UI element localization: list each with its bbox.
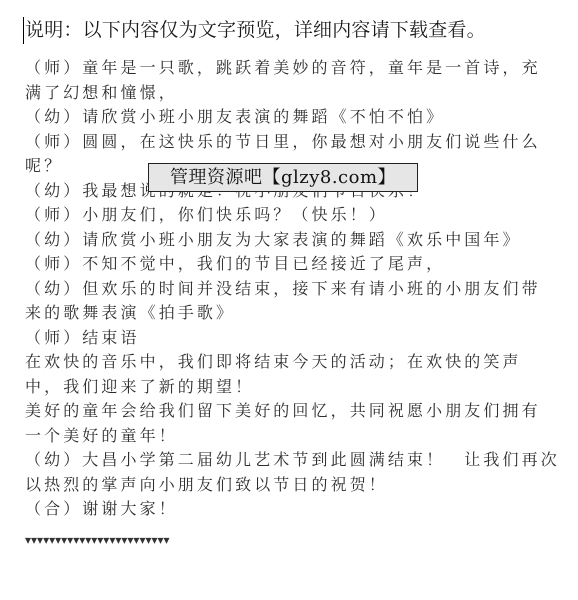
text-line: 中，我们迎来了新的期望！ xyxy=(25,375,565,400)
text-line: （幼）请欣赏小班小朋友为大家表演的舞蹈《欢乐中国年》 xyxy=(25,228,565,253)
text-line: （合）谢谢大家！ xyxy=(25,497,565,522)
text-line: （幼）大昌小学第二届幼儿艺术节到此圆满结束！ 让我们再次 xyxy=(25,448,565,473)
text-line: （师）结束语 xyxy=(25,326,565,351)
text-line: （幼）请欣赏小班小朋友表演的舞蹈《不怕不怕》 xyxy=(25,105,565,130)
text-line: （师）童年是一只歌，跳跃着美妙的音符，童年是一首诗，充 xyxy=(25,56,565,81)
text-line: （师）圆圆，在这快乐的节日里，你最想对小朋友们说些什么 xyxy=(25,130,565,155)
text-line: 以热烈的掌声向小朋友们致以节日的祝贺！ xyxy=(25,473,565,498)
ellipsis-dots: ▾▾▾▾▾▾▾▾▾▾▾▾▾▾▾▾▾▾▾▾▾▾▾▾ xyxy=(25,533,170,547)
text-line: 美好的童年会给我们留下美好的回忆，共同祝愿小朋友们拥有 xyxy=(25,399,565,424)
text-line: （幼）但欢乐的时间并没结束，接下来有请小班的小朋友们带 xyxy=(25,277,565,302)
text-line: （师）不知不觉中，我们的节目已经接近了尾声， xyxy=(25,252,565,277)
text-line: 在欢快的音乐中，我们即将结束今天的活动；在欢快的笑声 xyxy=(25,350,565,375)
text-line: 一个美好的童年！ xyxy=(25,424,565,449)
text-line: 满了幻想和憧憬， xyxy=(25,81,565,106)
text-line: （师）小朋友们，你们快乐吗？（快乐！） xyxy=(25,203,565,228)
preview-notice-title: 说明：以下内容仅为文字预览，详细内容请下载查看。 xyxy=(25,16,486,44)
watermark-banner: 管理资源吧【glzy8.com】 xyxy=(148,163,418,192)
text-cursor xyxy=(23,17,24,44)
document-body: （师）童年是一只歌，跳跃着美妙的音符，童年是一首诗，充 满了幻想和憧憬， （幼）… xyxy=(25,56,565,522)
text-line: 来的歌舞表演《拍手歌》 xyxy=(25,301,565,326)
